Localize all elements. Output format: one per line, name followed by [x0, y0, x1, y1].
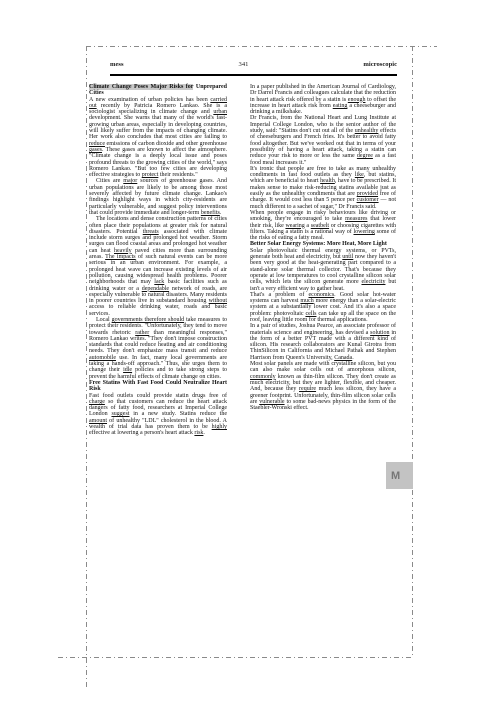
text-column-right: In a paper published in the American Jou…	[250, 84, 396, 411]
underlined-word: wearing	[285, 223, 304, 229]
article-heading: Better Solar Energy Systems: More Heat, …	[250, 241, 396, 247]
underlined-word: seatbelt	[311, 223, 329, 229]
underlined-word: The impacts	[105, 254, 135, 260]
underlined-word: Canada	[334, 355, 352, 361]
article-paragraph: A new examination of urban policies has …	[89, 97, 227, 179]
page-border-top	[86, 46, 437, 47]
header-page-number: 341	[239, 61, 249, 68]
underlined-word: without	[209, 298, 227, 304]
underlined-word: dependable	[142, 286, 169, 292]
article-heading: Free Statins With Fast Food Could Neutra…	[89, 380, 227, 393]
underlined-word: idle	[123, 367, 132, 373]
margin-letter-tab-label: M	[391, 470, 400, 482]
underlined-word: solution	[370, 330, 389, 336]
article-paragraph: That's a problem of economics. Good sola…	[250, 292, 396, 323]
article-paragraph: In a paper published in the American Jou…	[250, 84, 396, 115]
underlined-word: risk	[194, 430, 203, 436]
article-paragraph: It's ironic that people are free to take…	[250, 166, 396, 210]
header-guide-word-right: microscopic	[363, 61, 397, 68]
underlined-word: lack	[154, 279, 164, 285]
underlined-word: gases	[89, 147, 102, 153]
article-heading: Climate Change Poses Major Risks for Unp…	[89, 84, 227, 97]
underlined-word: lowering	[353, 229, 374, 235]
header-guide-word-left: mess	[110, 61, 124, 68]
article-paragraph: Solar photovoltaic thermal energy system…	[250, 248, 396, 292]
underlined-word: degree	[357, 153, 373, 159]
article-paragraph: Fast food outlets could provide statin d…	[89, 393, 227, 437]
underlined-word: eating	[333, 103, 348, 109]
article-paragraph: Dr Francis, from the National Heart and …	[250, 115, 396, 165]
underlined-word: vulnerable	[259, 399, 284, 405]
underlined-word: cells	[305, 311, 316, 317]
underlined-word: require	[299, 386, 316, 392]
underlined-word: reduce	[89, 141, 105, 147]
document-page: mess 341 microscopic Climate Change Pose…	[0, 0, 496, 702]
underlined-word: customer	[357, 197, 379, 203]
article-paragraph: Most solar panels are made with crystall…	[250, 361, 396, 411]
underlined-word: highly	[212, 424, 227, 430]
underlined-word: provided	[357, 191, 378, 197]
running-header: mess 341 microscopic	[110, 61, 397, 68]
underlined-word: until	[342, 254, 353, 260]
highlighted-text: Climate Change Poses Major Risks for	[89, 84, 193, 90]
underlined-word: governments therefore should	[112, 317, 185, 323]
underlined-word: charge	[89, 399, 105, 405]
underlined-word: enough	[348, 97, 366, 103]
underlined-word: commonly	[250, 374, 276, 380]
margin-letter-tab: M	[386, 462, 413, 489]
underlined-word: unhealthy	[355, 128, 379, 134]
underlined-word: health	[320, 178, 335, 184]
underlined-word: amount	[89, 418, 107, 424]
underlined-word: measures	[345, 216, 367, 222]
page-border-bottom	[58, 657, 412, 658]
underlined-word: carried out	[89, 97, 227, 109]
page-border-left	[86, 46, 87, 690]
underlined-word: electricity	[361, 279, 385, 285]
article-paragraph: Cities are major sources of greenhouse g…	[89, 178, 227, 216]
underlined-word: threats	[143, 229, 159, 235]
underlined-word: suggest	[111, 411, 129, 417]
underlined-word: much	[300, 298, 313, 304]
underlined-word: like	[355, 172, 364, 178]
underlined-word: heavily	[114, 248, 132, 254]
underlined-word: automobile	[89, 355, 116, 361]
article-paragraph: The locations and dense construction pat…	[89, 216, 227, 317]
underlined-word: rather	[135, 330, 149, 336]
article-paragraph: In a pair of studies, Joshua Pearce, an …	[250, 323, 396, 361]
underlined-word: urban	[213, 109, 227, 115]
article-paragraph: When people engage in risky behaviours l…	[250, 210, 396, 241]
header-rule	[110, 74, 397, 76]
underlined-word: economics	[309, 292, 335, 298]
underlined-word: major	[123, 178, 137, 184]
article-paragraph: Local governments therefore should take …	[89, 317, 227, 380]
page-border-right	[412, 46, 413, 657]
text-column-left: Climate Change Poses Major Risks for Unp…	[89, 84, 227, 437]
